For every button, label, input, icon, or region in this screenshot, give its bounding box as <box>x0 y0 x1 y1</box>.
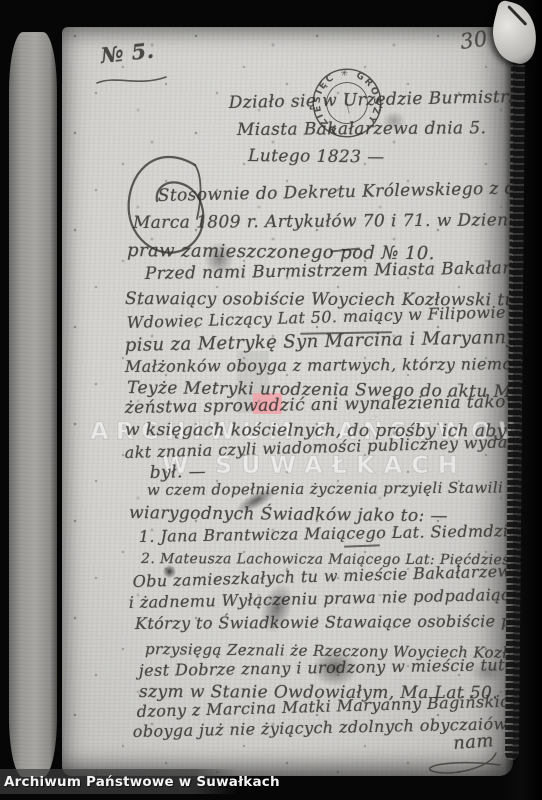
document-scan-viewport: ARCHIWUM PAŃSTWOWE W SUWAŁKACH № 5. 30 D… <box>0 0 542 800</box>
archive-watermark-band: Archiwum Państwowe w Suwałkach <box>0 769 238 794</box>
manuscript-line: Małżonków oboyga z martwych, którzy niem… <box>125 354 542 376</box>
manuscript-line: w czem dopełnienia życzenia przyięli Sta… <box>147 478 542 499</box>
manuscript-line: Działo się w Urzędzie Burmistrza <box>229 87 529 113</box>
manuscript-line: Którzy to Świadkowie Stawaiące osobiście… <box>135 611 532 633</box>
act-number: № 5. <box>99 38 155 68</box>
catchword-flourish <box>420 749 506 779</box>
manuscript-page: ARCHIWUM PAŃSTWOWE W SUWAŁKACH № 5. 30 D… <box>62 27 513 776</box>
page-number: 30 <box>459 26 490 54</box>
manuscript-line: Miasta Bakałarzewa dnia 5. <box>237 118 487 140</box>
archive-watermark-text: Archiwum Państwowe w Suwałkach <box>0 774 280 790</box>
manuscript-line: Marca 1809 r. Artykułów 70 i 71. w Dzien… <box>133 210 542 233</box>
manuscript-line: Lutego 1823 — <box>248 146 385 167</box>
manuscript-line: jest Dobrze znany i urodzony w mieście t… <box>139 655 530 680</box>
adjacent-page-edge <box>9 32 57 777</box>
manuscript-line: pisu za Metrykę Syn Marcina i Maryanny <box>125 327 518 356</box>
act-number-flourish <box>94 73 172 89</box>
ink-underline <box>344 544 380 547</box>
book-block-edge <box>504 0 542 800</box>
manuscript-line: 1. Jana Brantwicza Maiącego Lat. Siedmdz… <box>139 521 542 546</box>
